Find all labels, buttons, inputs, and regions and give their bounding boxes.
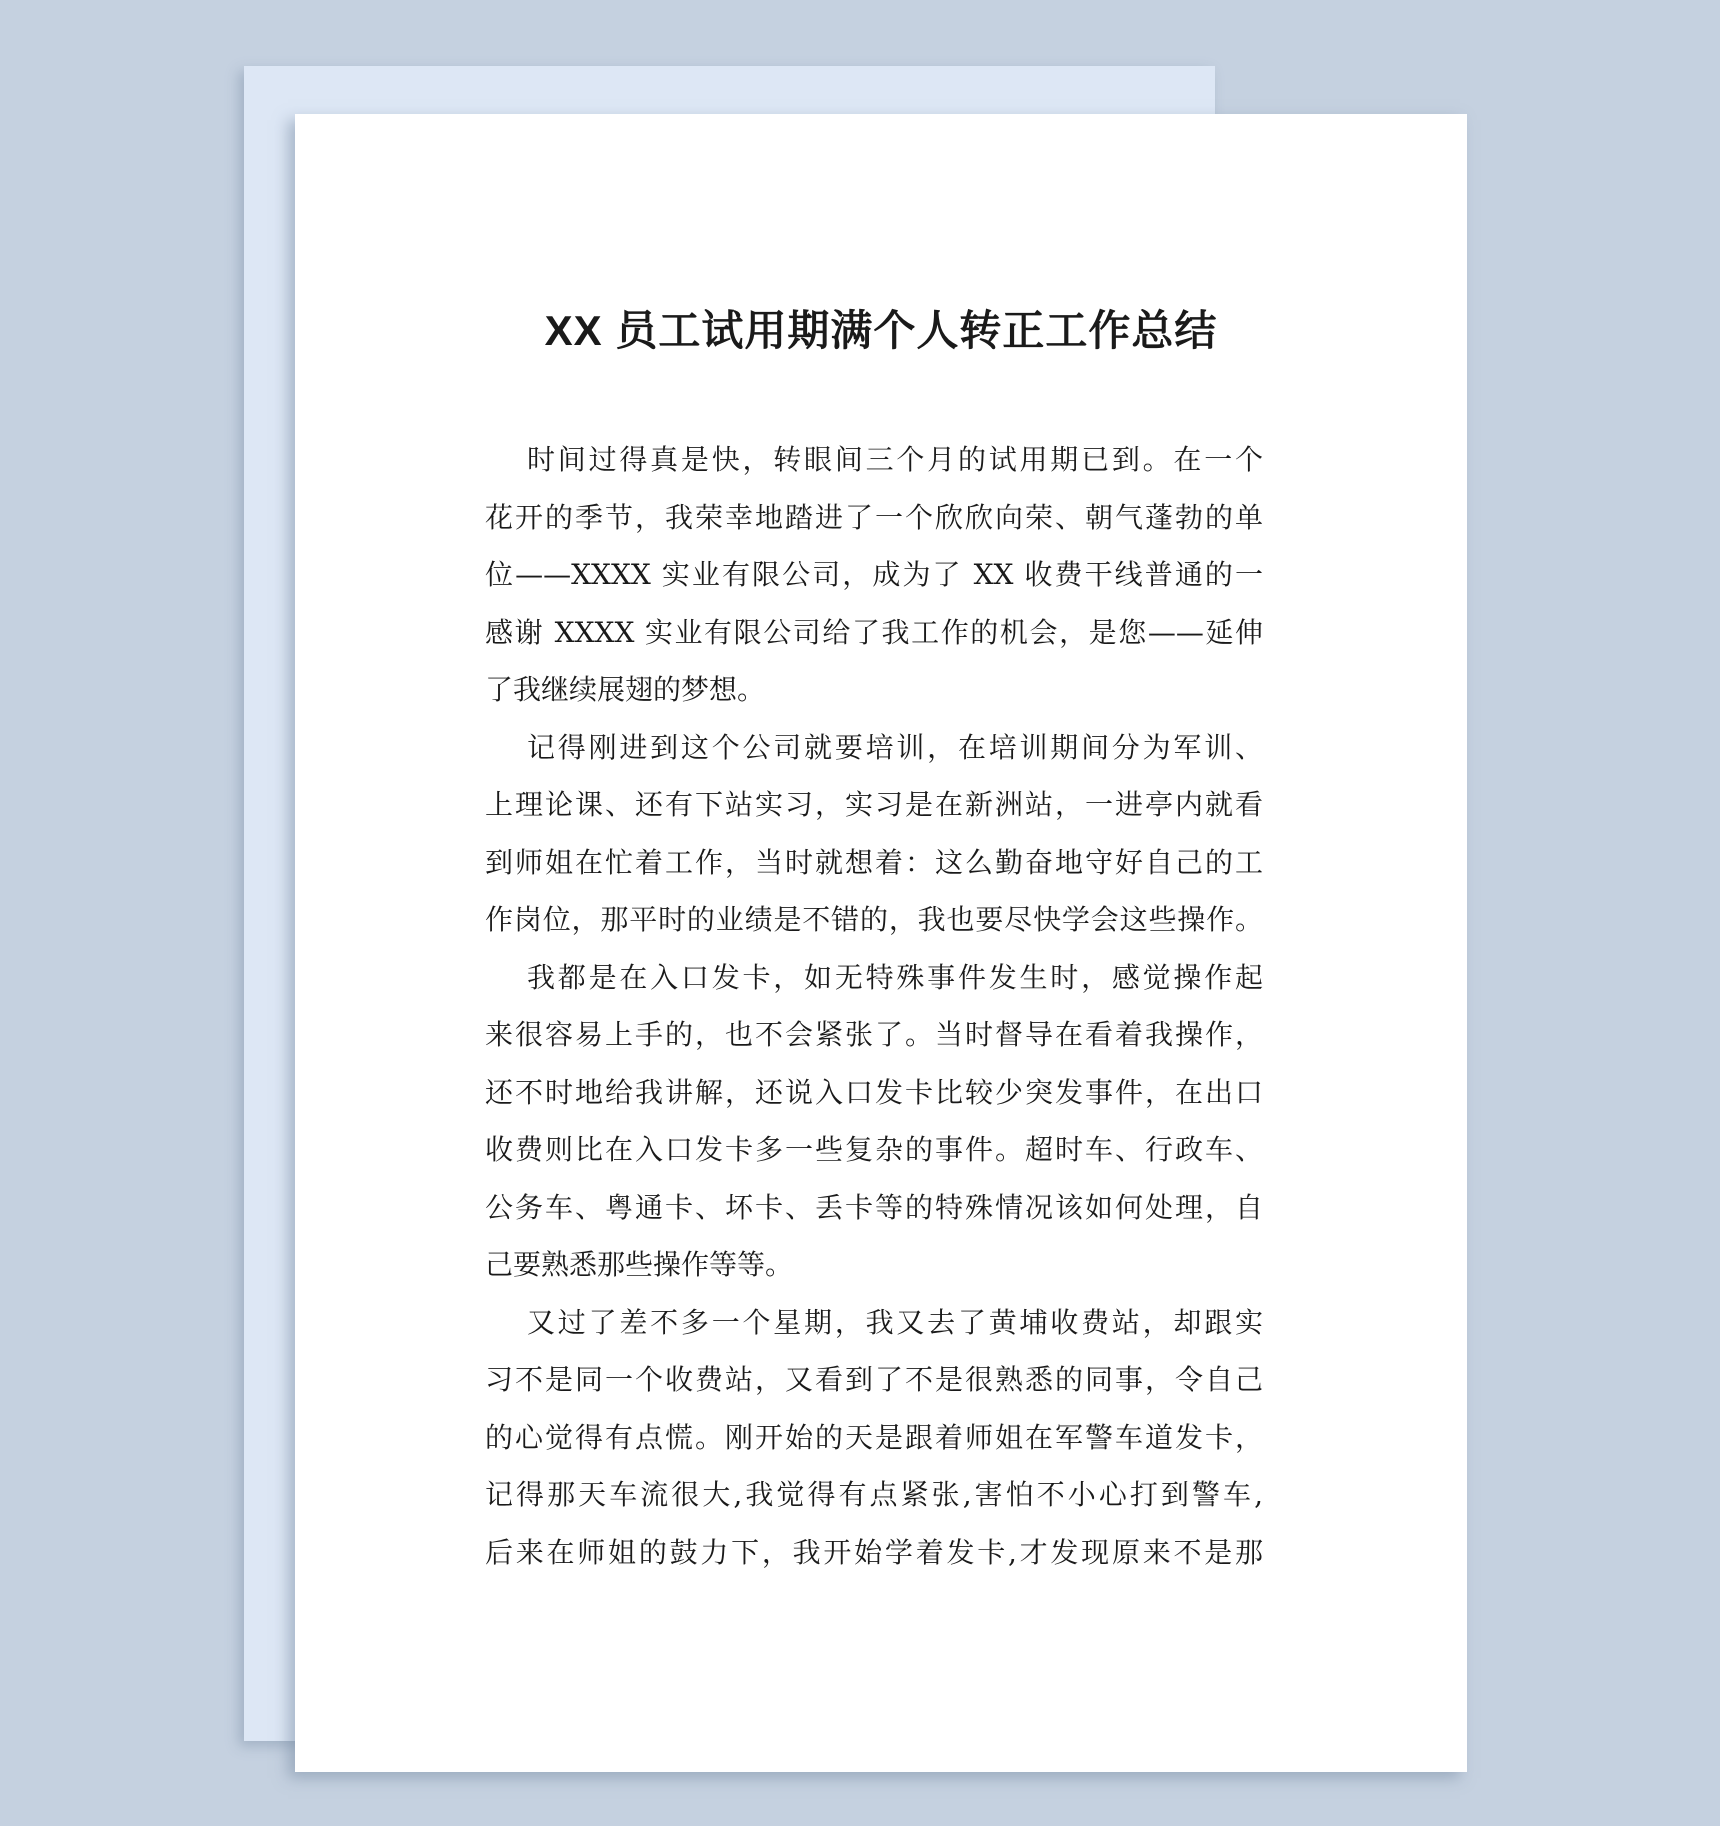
background: { "document": { "title": "XX 员工试用期满个人转正工…: [0, 0, 1720, 1826]
text-line: 又过了差不多一个星期，我又去了黄埔收费站，却跟实: [485, 1294, 1263, 1352]
text-line: 习不是同一个收费站，又看到了不是很熟悉的同事，令自己: [485, 1351, 1263, 1409]
paragraph: 记得刚进到这个公司就要培训，在培训期间分为军训、上理论课、还有下站实习，实习是在…: [485, 719, 1263, 949]
text-line: 位——XXXX 实业有限公司，成为了 XX 收费干线普通的一员，: [485, 546, 1263, 604]
text-line: 时间过得真是快，转眼间三个月的试用期已到。在一个: [485, 431, 1263, 489]
text-line: 记得那天车流很大,我觉得有点紧张,害怕不小心打到警车,: [485, 1466, 1263, 1524]
text-line: 记得刚进到这个公司就要培训，在培训期间分为军训、: [485, 719, 1263, 777]
paragraph: 时间过得真是快，转眼间三个月的试用期已到。在一个花开的季节，我荣幸地踏进了一个欣…: [485, 431, 1263, 719]
text-line: 收费则比在入口发卡多一些复杂的事件。超时车、行政车、: [485, 1121, 1263, 1179]
text-line: 感谢 XXXX 实业有限公司给了我工作的机会，是您——延伸: [485, 604, 1263, 662]
text-line: 上理论课、还有下站实习，实习是在新洲站，一进亭内就看: [485, 776, 1263, 834]
paragraph: 我都是在入口发卡，如无特殊事件发生时，感觉操作起来很容易上手的，也不会紧张了。当…: [485, 949, 1263, 1294]
text-line: 作岗位，那平时的业绩是不错的，我也要尽快学会这些操作。: [485, 891, 1263, 949]
document-page: XX 员工试用期满个人转正工作总结 时间过得真是快，转眼间三个月的试用期已到。在…: [295, 114, 1467, 1772]
document-body: 时间过得真是快，转眼间三个月的试用期已到。在一个花开的季节，我荣幸地踏进了一个欣…: [485, 431, 1263, 1581]
text-line: 的心觉得有点慌。刚开始的天是跟着师姐在军警车道发卡，: [485, 1409, 1263, 1467]
text-line: 己要熟悉那些操作等等。: [485, 1236, 1263, 1294]
text-line: 花开的季节，我荣幸地踏进了一个欣欣向荣、朝气蓬勃的单: [485, 489, 1263, 547]
text-line: 后来在师姐的鼓力下，我开始学着发卡,才发现原来不是那: [485, 1524, 1263, 1582]
document-title: XX 员工试用期满个人转正工作总结: [295, 298, 1467, 358]
text-line: 我都是在入口发卡，如无特殊事件发生时，感觉操作起: [485, 949, 1263, 1007]
text-line: 还不时地给我讲解，还说入口发卡比较少突发事件，在出口: [485, 1064, 1263, 1122]
text-line: 来很容易上手的，也不会紧张了。当时督导在看着我操作，: [485, 1006, 1263, 1064]
text-line: 到师姐在忙着工作，当时就想着：这么勤奋地守好自己的工: [485, 834, 1263, 892]
paragraph: 又过了差不多一个星期，我又去了黄埔收费站，却跟实习不是同一个收费站，又看到了不是…: [485, 1294, 1263, 1582]
text-line: 公务车、粤通卡、坏卡、丢卡等的特殊情况该如何处理，自: [485, 1179, 1263, 1237]
text-line: 了我继续展翅的梦想。: [485, 661, 1263, 719]
